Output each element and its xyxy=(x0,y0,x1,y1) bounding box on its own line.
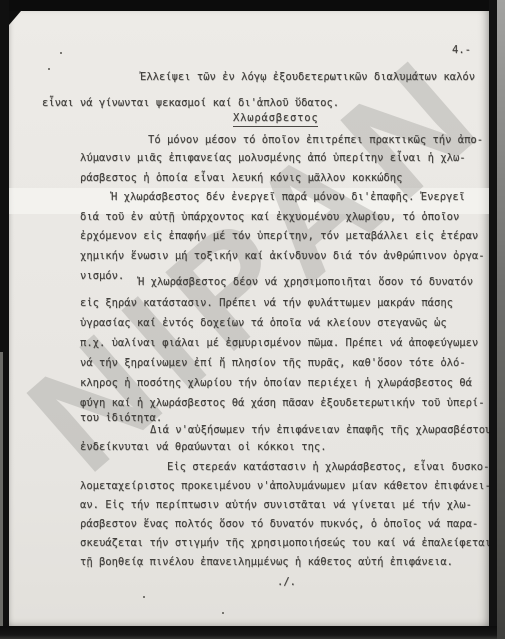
text-line: Ἡ χλωράσβεστος δέον νά χρησιμοποιῆται ὅσ… xyxy=(138,276,473,289)
document-page: ΝΙΡΑΝ 4.-Ἐλλείψει τῶν ἐν λόγῳ ἐξουδετερω… xyxy=(9,11,489,626)
text-line: εἰς ξηράν κατάστασιν. Πρέπει νά τήν φυλά… xyxy=(80,297,453,310)
text-line: Τό μόνον μέσον τό ὁποῖον ἐπιτρέπει πρακτ… xyxy=(148,134,483,147)
scan-border-left-gray xyxy=(0,352,3,626)
text-line: λομεταχείριστος προκειμένου ν'ἀπολυμάνωμ… xyxy=(80,480,491,493)
text-line: λύμανσιν μιᾶς ἐπιφανείας μολυσμένης ἀπό … xyxy=(80,152,466,165)
text-line: τῇ βοηθείᾳ πινέλου ἐπανειλημμένως ἡ κάθε… xyxy=(80,556,453,569)
text-line: ράσβεστος ἡ ὁποία εἶναι λευκή κόνις μᾶλλ… xyxy=(80,172,402,185)
text-line: ράσβεστον ἕνας πολτός ὅσον τό δυνατόν πυ… xyxy=(80,518,478,531)
scan-border-bottom xyxy=(0,626,497,639)
text-line: Ἐλλείψει τῶν ἐν λόγῳ ἐξουδετερωτικῶν δια… xyxy=(140,71,475,84)
paper-speck xyxy=(48,68,50,70)
text-line: σκευάζεται τήν στιγμήν τῆς χρησιμοποιήσε… xyxy=(80,537,491,550)
text-line: νισμόν. xyxy=(80,270,124,283)
scanned-document-frame: ΝΙΡΑΝ 4.-Ἐλλείψει τῶν ἐν λόγῳ ἐξουδετερω… xyxy=(0,0,505,639)
text-line: εἶναι νά γίνωνται ψεκασμοί καί δι'ἁπλοῦ … xyxy=(42,97,339,110)
paper-speck xyxy=(60,52,62,54)
text-line: διά τοῦ ἐν αὐτῇ ὑπάρχοντος καί ἐκχυομένο… xyxy=(80,211,459,224)
paper-speck xyxy=(143,596,145,598)
text-line: κληρος ἡ ποσότης χλωρίου τήν ὁποίαν περι… xyxy=(80,377,472,390)
paper-speck xyxy=(222,612,224,614)
text-line: αν. Εἰς τήν περίπτωσιν αὐτήν συνιστᾶται … xyxy=(80,499,472,512)
scan-border-top xyxy=(0,0,497,11)
text-line: ἐρχόμενον εἰς ἐπαφήν μέ τόν ὑπερίτην, τό… xyxy=(80,230,478,243)
scan-border-right-gray xyxy=(497,0,505,639)
scan-border-right-dark xyxy=(489,0,497,639)
text-line: ἐνδείκνυται νά θραύωνται οἱ κόκκοι της. xyxy=(80,441,327,454)
end-mark: ./. xyxy=(277,576,296,589)
text-line: φύγη καί ἡ χλωράσβεστος θά χάση πᾶσαν ἐξ… xyxy=(80,397,485,410)
text-line: π.χ. ὑαλίναι φιάλαι μέ ἐσμυρισμένον πῶμα… xyxy=(80,337,478,350)
text-line: χημικήν ἕνωσιν μή τοξικήν καί ἀκίνδυνον … xyxy=(80,250,485,263)
text-line: ὑγρασίας καί ἐντός δοχείων τά ὁποῖα νά κ… xyxy=(80,317,447,330)
text-line: Ἡ χλωράσβεστος δέν ἐνεργεῖ παρά μόνον δι… xyxy=(111,191,465,204)
section-heading: Χλωράσβεστος xyxy=(233,112,318,127)
page-number: 4.- xyxy=(452,44,471,57)
text-line: Διά ν'αὐξήσωμεν τήν ἐπιφάνειαν ἐπαφῆς τῆ… xyxy=(150,424,491,437)
text-line: νά τήν ξηραίνωμεν ἐπί ἤ πλησίον τῆς πυρᾶ… xyxy=(80,357,466,370)
text-line: Εἰς στερεάν κατάστασιν ἡ χλωράσβεστος, ε… xyxy=(167,461,489,474)
